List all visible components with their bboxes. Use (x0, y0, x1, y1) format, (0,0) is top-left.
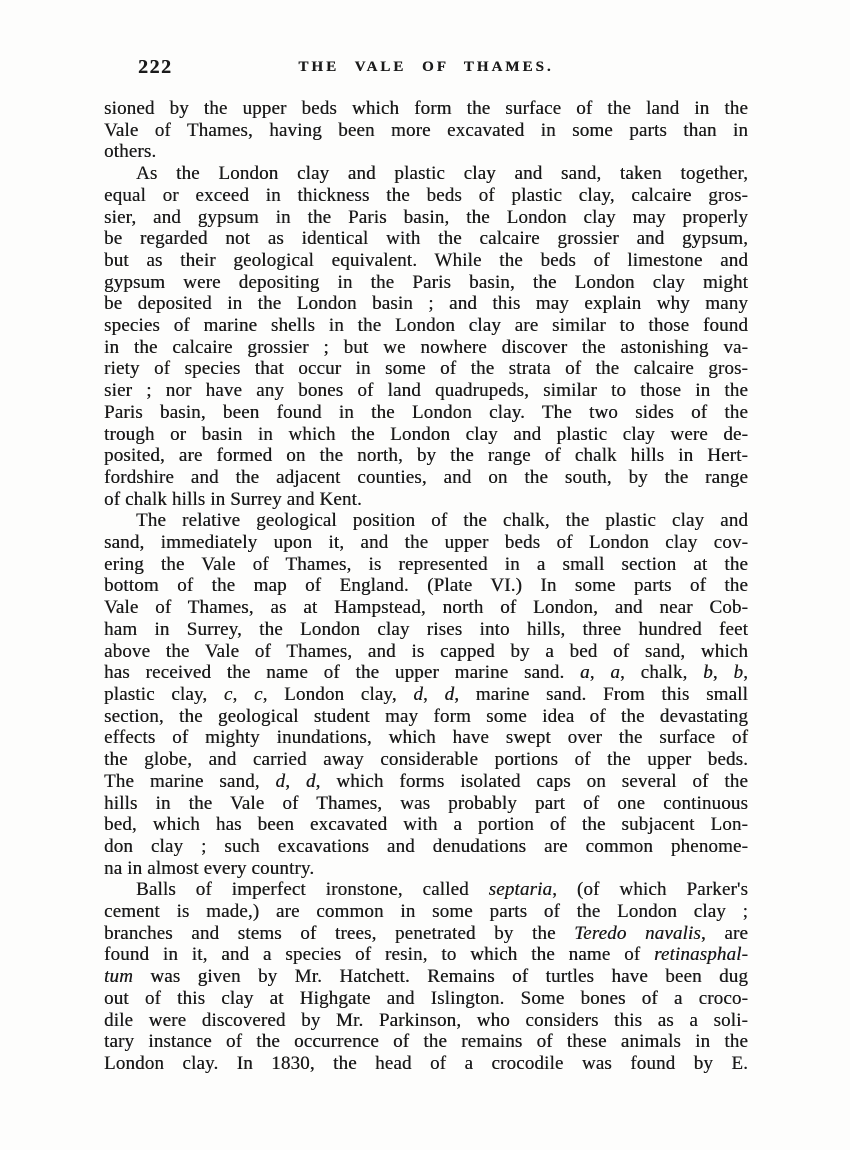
text-line: in the calcaire grossier ; but we nowher… (104, 337, 748, 359)
text-line: be deposited in the London basin ; and t… (104, 293, 748, 315)
text-line: above the Vale of Thames, and is capped … (104, 641, 748, 663)
paragraph: The relative geological position of the … (104, 510, 748, 879)
paragraph: sioned by the upper beds which form the … (104, 98, 748, 163)
text-line: As the London clay and plastic clay and … (104, 163, 748, 185)
page-header: 222 THE VALE OF THAMES. (104, 54, 748, 80)
text-line: dile were discovered by Mr. Parkinson, w… (104, 1010, 748, 1032)
text-line: riety of species that occur in some of t… (104, 358, 748, 380)
text-line: Vale of Thames, having been more excavat… (104, 120, 748, 142)
book-page: 222 THE VALE OF THAMES. sioned by the up… (0, 0, 850, 1150)
text-line: The relative geological position of the … (104, 510, 748, 532)
text-line: trough or basin in which the London clay… (104, 424, 748, 446)
text-line: sioned by the upper beds which form the … (104, 98, 748, 120)
text-line: Balls of imperfect ironstone, called sep… (104, 879, 748, 901)
text-line: plastic clay, c, c, London clay, d, d, m… (104, 684, 748, 706)
text-line: tary instance of the occurrence of the r… (104, 1031, 748, 1053)
text-line: bed, which has been excavated with a por… (104, 814, 748, 836)
text-line: has received the name of the upper marin… (104, 662, 748, 684)
text-line: cement is made,) are common in some part… (104, 901, 748, 923)
running-title: THE VALE OF THAMES. (104, 59, 748, 76)
text-line: gypsum were depositing in the Paris basi… (104, 272, 748, 294)
text-line: ering the Vale of Thames, is represented… (104, 554, 748, 576)
text-line: species of marine shells in the London c… (104, 315, 748, 337)
text-line: bottom of the map of England. (Plate VI.… (104, 575, 748, 597)
text-line: out of this clay at Highgate and Islingt… (104, 988, 748, 1010)
text-line: don clay ; such excavations and denudati… (104, 836, 748, 858)
text-line: the globe, and carried away considerable… (104, 749, 748, 771)
text-line: sier ; nor have any bones of land quadru… (104, 380, 748, 402)
text-line: be regarded not as identical with the ca… (104, 228, 748, 250)
text-line: branches and stems of trees, penetrated … (104, 923, 748, 945)
text-line: effects of mighty inundations, which hav… (104, 727, 748, 749)
text-line: The marine sand, d, d, which forms isola… (104, 771, 748, 793)
text-line: of chalk hills in Surrey and Kent. (104, 489, 748, 511)
text-line: Paris basin, been found in the London cl… (104, 402, 748, 424)
text-line: but as their geological equivalent. Whil… (104, 250, 748, 272)
text-line: posited, are formed on the north, by the… (104, 445, 748, 467)
text-line: na in almost every country. (104, 858, 748, 880)
text-line: sand, immediately upon it, and the upper… (104, 532, 748, 554)
text-line: equal or exceed in thickness the beds of… (104, 185, 748, 207)
text-line: tum was given by Mr. Hatchett. Remains o… (104, 966, 748, 988)
text-line: hills in the Vale of Thames, was probabl… (104, 793, 748, 815)
text-line: Vale of Thames, as at Hampstead, north o… (104, 597, 748, 619)
text-line: found in it, and a species of resin, to … (104, 944, 748, 966)
text-line: section, the geological student may form… (104, 706, 748, 728)
text-block: sioned by the upper beds which form the … (104, 98, 748, 1075)
text-line: sier, and gypsum in the Paris basin, the… (104, 207, 748, 229)
text-line: ham in Surrey, the London clay rises int… (104, 619, 748, 641)
text-line: fordshire and the adjacent counties, and… (104, 467, 748, 489)
text-line: others. (104, 141, 748, 163)
text-line: London clay. In 1830, the head of a croc… (104, 1053, 748, 1075)
paragraph: As the London clay and plastic clay and … (104, 163, 748, 510)
paragraph: Balls of imperfect ironstone, called sep… (104, 879, 748, 1074)
